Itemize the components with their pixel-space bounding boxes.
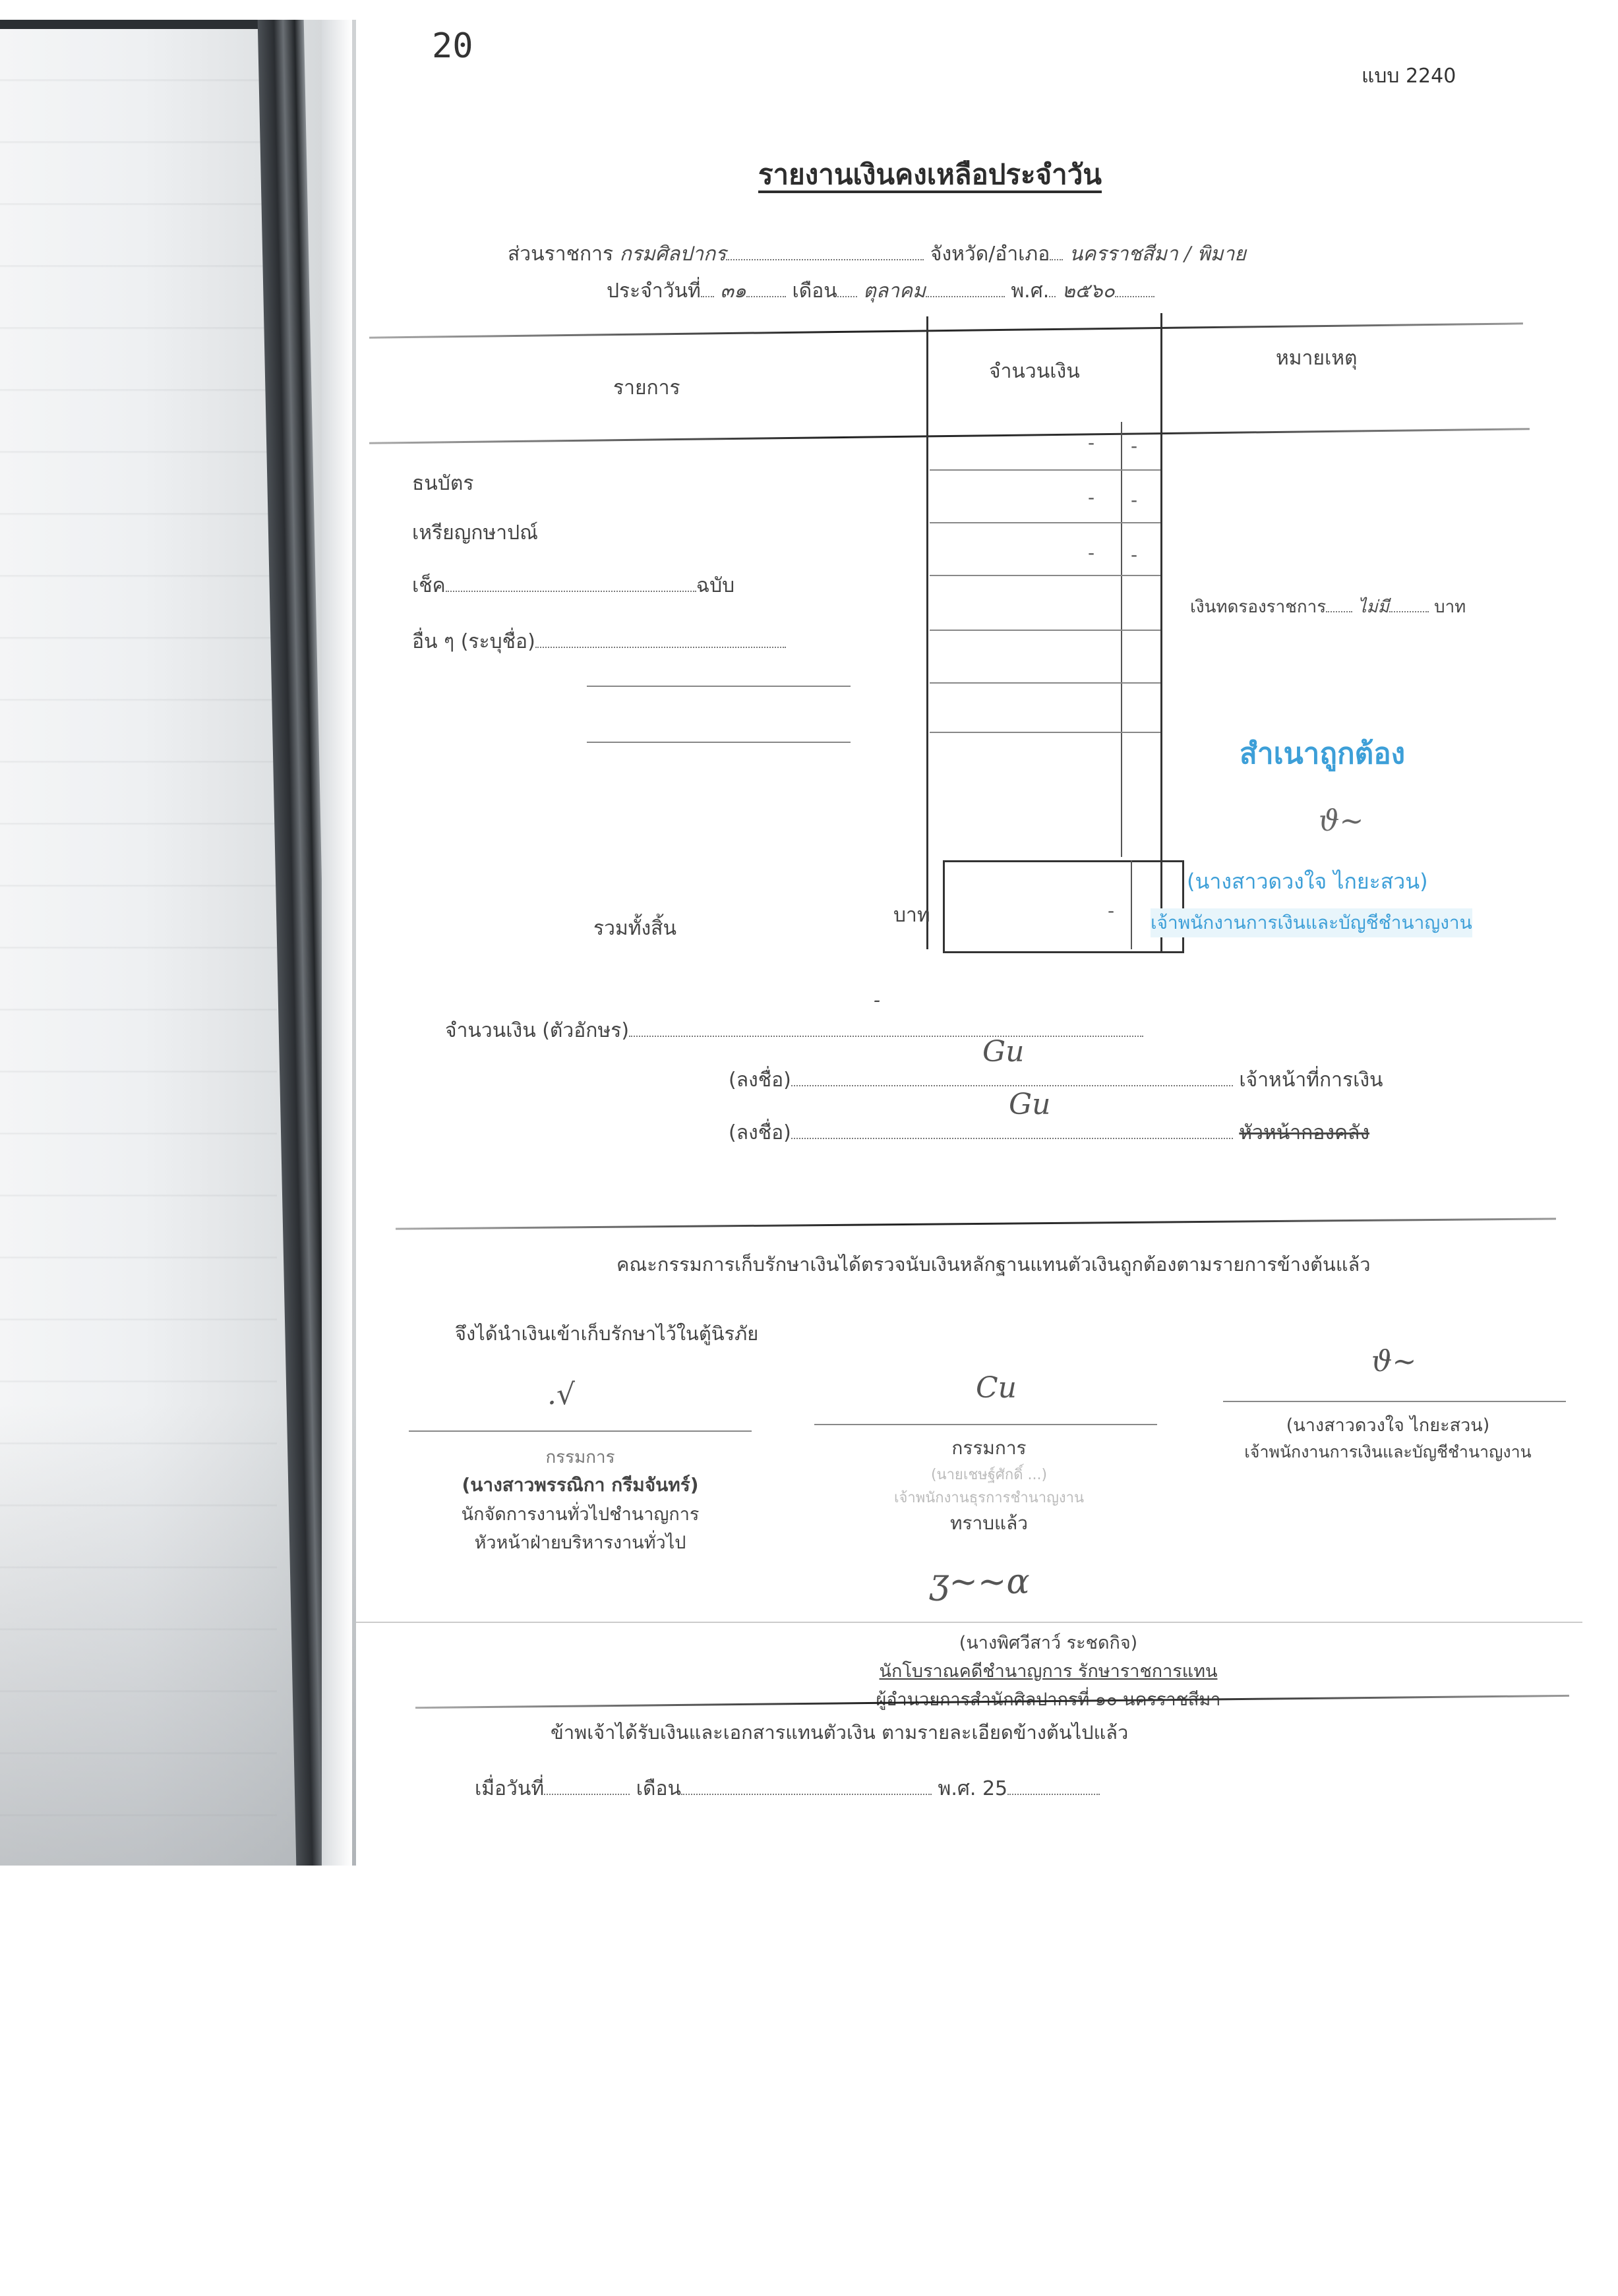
- amount-row-line: [930, 682, 1160, 684]
- col-header-items: รายการ: [613, 372, 680, 403]
- committee-member-2: กรรมการ (นายเชษฐ์ศักดิ์ ...) เจ้าพนักงาน…: [804, 1434, 1174, 1538]
- month-value: ตุลาคม: [863, 280, 926, 303]
- committee-member-3: (นางสาวดวงใจ ไกยะสวน) เจ้าพนักงานการเงิน…: [1203, 1411, 1573, 1465]
- stamp-signature: ϑ~: [1319, 804, 1363, 838]
- signature-line-finance-head: (ลงชื่อ) หัวหน้ากองคลัง: [729, 1117, 1369, 1148]
- total-amount: -: [1108, 900, 1114, 922]
- row-cheque: เช็คฉบับ: [412, 570, 734, 601]
- col-header-amount: จำนวนเงิน: [989, 356, 1080, 387]
- committee-sign-line-2: [814, 1424, 1157, 1425]
- amount-row-line: [930, 469, 1160, 471]
- committee-statement-2: จึงได้นำเงินเข้าเก็บรักษาไว้ในตู้นิรภัย: [455, 1318, 758, 1349]
- role-finance-officer: เจ้าหน้าที่การเงิน: [1239, 1069, 1383, 1092]
- satang-cheque: -: [1131, 544, 1137, 566]
- committee-member-1: กรรมการ (นางสาวพรรณิกา กรีมจันทร์) นักจั…: [396, 1444, 765, 1556]
- director-sign-line: [356, 1622, 1582, 1623]
- total-box: [943, 860, 1184, 953]
- amount-row-line: [930, 575, 1160, 576]
- signature-finance-officer: Gu: [982, 1035, 1025, 1069]
- province-value: นครราชสีมา / พิมาย: [1069, 243, 1246, 266]
- total-label: รวมทั้งสิ้น: [593, 913, 676, 944]
- row-coins: เหรียญกษาปณ์: [412, 517, 538, 548]
- day-value: ๓๑: [720, 280, 746, 303]
- signature-director: ʒ~~ɑ: [930, 1562, 1030, 1602]
- signature-line-finance-officer: (ลงชื่อ) เจ้าหน้าที่การเงิน: [729, 1065, 1383, 1096]
- section-divider: [396, 1218, 1556, 1229]
- role-finance-head: หัวหน้ากองคลัง: [1239, 1121, 1369, 1144]
- total-satang-divider: [1131, 860, 1132, 949]
- amount-row-line: [930, 522, 1160, 523]
- amount-row-line: [930, 732, 1160, 733]
- amount-in-words: จำนวนเงิน (ตัวอักษร): [445, 1015, 1143, 1046]
- year-value: ๒๕๖๐: [1062, 280, 1115, 303]
- row-banknotes: ธนบัตร: [412, 468, 473, 499]
- stamp-name: (นางสาวดวงใจ ไกยะสวน): [1187, 865, 1428, 898]
- satang-banknotes: -: [1131, 435, 1137, 457]
- date-field: ประจำวันที่ ๓๑ เดือน ตุลาคม พ.ศ. ๒๕๖๐: [607, 276, 1154, 307]
- receipt-date-line: เมื่อวันที่ เดือน พ.ศ. 25: [475, 1773, 1100, 1804]
- committee-sign-line-3: [1223, 1401, 1566, 1402]
- signature-finance-head: Gu: [1009, 1088, 1051, 1121]
- agency-value: กรมศิลปากร: [620, 243, 727, 266]
- satang-divider: [1121, 422, 1122, 857]
- binder-top-edge: [0, 20, 290, 29]
- signature-committee-3: ϑ~: [1371, 1345, 1416, 1378]
- table-header-rule: [369, 428, 1530, 444]
- amount-coins: -: [1088, 486, 1094, 508]
- amount-row-line: [930, 630, 1160, 631]
- committee-statement-1: คณะกรรมการเก็บรักษาเงินได้ตรวจนับเงินหลั…: [616, 1249, 1371, 1280]
- col-divider-amount: [926, 316, 928, 949]
- acknowledged-note: ทราบแล้ว: [804, 1509, 1174, 1538]
- col-header-remark: หมายเหตุ: [1276, 343, 1358, 374]
- receipt-statement: ข้าพเจ้าได้รับเงินและเอกสารแทนตัวเงิน ตา…: [551, 1717, 1128, 1748]
- document-title: รายงานเงินคงเหลือประจำวัน: [758, 153, 1102, 196]
- amount-words-value: -: [874, 989, 880, 1012]
- form-code: แบบ 2240: [1362, 61, 1456, 92]
- agency-field: ส่วนราชการ กรมศิลปากร จังหวัด/อำเภอ นครร…: [508, 239, 1246, 270]
- page-edge-shadow: [322, 20, 352, 1866]
- page-number: 20: [432, 26, 473, 66]
- committee-sign-line-1: [409, 1430, 752, 1432]
- satang-coins: -: [1131, 489, 1137, 511]
- col-divider-remark: [1160, 313, 1162, 953]
- other-blank-line-1: [587, 686, 851, 687]
- total-unit: บาท: [893, 900, 930, 931]
- remark-advance-fund: เงินทดรองราชการ ไม่มี บาท: [1190, 593, 1466, 620]
- table-top-rule: [369, 322, 1523, 338]
- amount-cheque: -: [1088, 542, 1094, 564]
- stamp-position: เจ้าพนักงานการเงินและบัญชีชำนาญงาน: [1151, 908, 1472, 937]
- other-blank-line-2: [587, 742, 851, 743]
- row-other: อื่น ๆ (ระบุชื่อ): [412, 626, 786, 657]
- signature-committee-1: .√: [547, 1378, 575, 1411]
- signature-committee-2: Cu: [976, 1371, 1017, 1405]
- certified-copy-stamp: สำเนาถูกต้อง: [1240, 730, 1405, 777]
- amount-banknotes: -: [1088, 432, 1094, 454]
